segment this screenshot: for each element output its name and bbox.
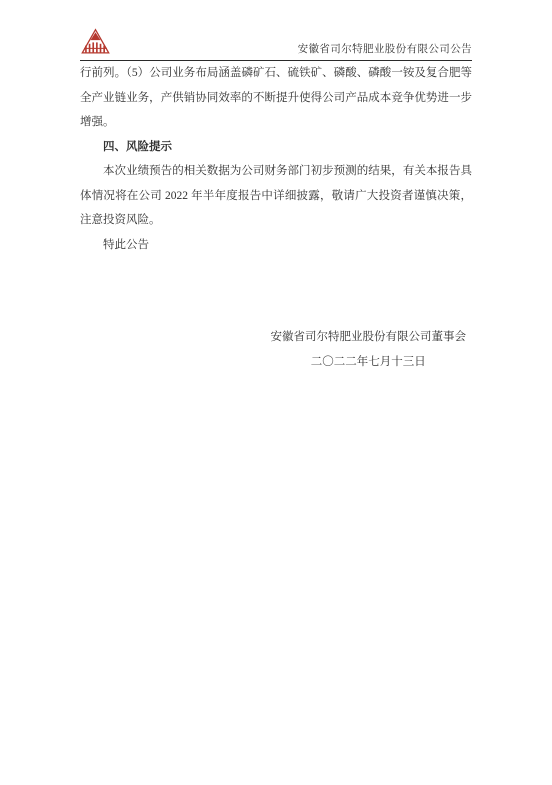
document-body: 行前列。（5）公司业务布局涵盖磷矿石、硫铁矿、磷酸、磷酸一铵及复合肥等全产业链业… xyxy=(80,61,472,374)
continuation-paragraph: 行前列。（5）公司业务布局涵盖磷矿石、硫铁矿、磷酸、磷酸一铵及复合肥等全产业链业… xyxy=(80,61,472,135)
page-header: 安徽省司尔特肥业股份有限公司公告 xyxy=(80,0,472,61)
signature-inner: 安徽省司尔特肥业股份有限公司董事会 二〇二二年七月十三日 xyxy=(271,325,467,374)
closing-line: 特此公告 xyxy=(80,233,472,258)
signature-company: 安徽省司尔特肥业股份有限公司董事会 xyxy=(271,325,467,350)
header-announcement-title: 安徽省司尔特肥业股份有限公司公告 xyxy=(298,44,472,56)
signature-block: 安徽省司尔特肥业股份有限公司董事会 二〇二二年七月十三日 xyxy=(80,325,466,374)
risk-paragraph: 本次业绩预告的相关数据为公司财务部门初步预测的结果，有关本报告具体情况将在公司 … xyxy=(80,159,472,233)
sierte-pyramid-logo-icon xyxy=(80,27,111,56)
section-heading-risk-notice: 四、风险提示 xyxy=(80,135,472,160)
announcement-page: 安徽省司尔特肥业股份有限公司公告 行前列。（5）公司业务布局涵盖磷矿石、硫铁矿、… xyxy=(0,0,552,785)
page-content: 安徽省司尔特肥业股份有限公司公告 行前列。（5）公司业务布局涵盖磷矿石、硫铁矿、… xyxy=(80,0,472,374)
signature-date: 二〇二二年七月十三日 xyxy=(311,350,426,375)
